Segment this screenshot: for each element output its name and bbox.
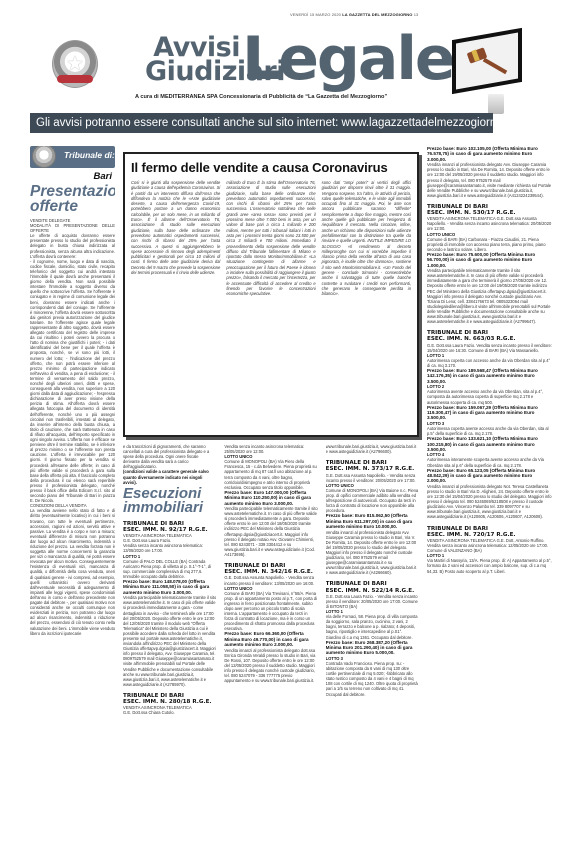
dateline: VENERDÌ 15 MARZO 2020 LA GAZZETTA DEL ME… (290, 12, 418, 17)
ad-price: Prezzo base: Euro 148.078,00 (Offerta Mi… (123, 579, 216, 595)
paragraph: - il cognome, nome, luogo e data di nasc… (30, 259, 115, 504)
listings-column-3: www.tribunale.bari.giustizia.it, www.giu… (326, 444, 419, 834)
masthead: ★ Avvisi Giudiziari Legale A cura di MED… (30, 28, 550, 106)
masthead-title-avvisi: Avvisi Giudiziari (145, 36, 240, 84)
listings-column-2: Vendita senza incanto asincrona telemati… (224, 444, 317, 834)
ad-details: Vendita innanzi al professionista delega… (326, 530, 419, 576)
ad-line: Vendita senza incanto asincrona telemati… (224, 444, 317, 454)
ad-line: G.E. Dott.ssa Chiara Cutolo. (123, 710, 216, 715)
listing-ad: TRIBUNALE DI BARI ESEC. IMM. N. 530/17 R… (427, 204, 552, 324)
ad-price: Prezzo base: Euro 66.360,00 (Offerta Min… (224, 631, 317, 647)
ad-details: Vendita partecipabile telematicamente tr… (427, 268, 552, 324)
ad-line: G.E. Dott.ssa Assunta Napoliello. - Vend… (224, 575, 317, 585)
paragraph: La vendita avviene nello stato di fatto … (30, 508, 115, 635)
title-word-giudiziari: Giudiziari (145, 60, 240, 84)
paper-name: LA GAZZETTA DEL MEZZOGIORNO (342, 12, 412, 17)
page-number: 13 (414, 12, 419, 17)
ad-description: Autorimessa coperta con accesso anche da… (427, 358, 552, 368)
ad-description: Autorimessa coperta avente accesso anche… (427, 426, 552, 436)
ad-line: Vendita senza incanto asincrona telemati… (123, 543, 216, 553)
listing-ad: TRIBUNALE DI BARI ESEC. IMM. N. 522/14 R… (326, 581, 419, 696)
ad-description: Comune di MONOPOLI (BA) Via Piero della … (224, 459, 317, 490)
listing-ad: TRIBUNALE DI BARI ESEC. IMM. N. 92/17 R.… (123, 521, 216, 687)
listing-ad: TRIBUNALE DI BARI ESEC. IMM. N. 373/17 R… (326, 460, 419, 575)
ad-price: Prezzo base: Euro 159.067,29 (Offerta Mi… (427, 405, 552, 421)
ad-description: Autorimessa interamente scoperta avente … (427, 457, 552, 467)
article-column-2: miliardo di Euro È la stima dell'Osserva… (226, 180, 315, 297)
ad-line: G.E. Dott.ssa Laura Fazio. - Vendita sen… (326, 594, 419, 609)
general-conditions-note: (condizioni valide a carattere generale … (123, 469, 216, 484)
presentazione-body: VENDITE DELEGATE MODALITÀ DI PRESENTAZIO… (30, 218, 115, 636)
feature-article: Il fermo delle vendite a causa Coronavir… (123, 152, 419, 437)
tribunale-label: Tribunale di: (64, 150, 115, 160)
masthead-subtitle: A cura di MEDITERRANEA SPA Concessionari… (135, 94, 387, 100)
ad-case-number: ESEC. IMM. N. 373/17 R.G.E. (326, 466, 419, 472)
ad-line: VENDITA ASINCRONA TELEMATICA G.E. Dott.s… (427, 216, 552, 231)
section-title-presentazione: Presentazione offerte (30, 184, 115, 214)
ad-description: Autorimessa avente accesso anche da via … (427, 389, 552, 404)
ad-price: Prezzo base: Euro 189.568,47 (Offerta Mi… (427, 368, 552, 384)
tribunale-header: Tribunale di: (30, 146, 115, 168)
monitor-gavel-icon (448, 28, 524, 118)
ad-price: Prezzo base: Euro 65.123,05 (Offerta Min… (427, 468, 552, 484)
right-column: Prezzo base: Euro 102.105,00 (Offerta Mi… (427, 146, 552, 836)
ad-case-number: ESEC. IMM. N. 522/14 R.G.E. (326, 588, 419, 594)
heading-modalita: MODALITÀ DI PRESENTAZIONE DELLE OFFERTE (30, 223, 115, 233)
ad-description: Comune di PALO DEL COLLE (BA) Contrada A… (123, 559, 216, 579)
italian-republic-emblem-icon: ★ (52, 40, 98, 88)
ad-details: Vendita innanzi al professionista delega… (427, 484, 552, 520)
ad-price: Prezzo base: Euro 133.621,10 (Offerta Mi… (427, 436, 552, 452)
ad-price: Prezzo base: Euro 102.105,00 (Offerta Mi… (427, 146, 552, 162)
ad-price: Prezzo base: Euro 815.062,50 (Offerta Mi… (326, 513, 419, 529)
ad-details: Vendita partecipabile telematicamente tr… (224, 506, 317, 557)
article-headline: Il fermo delle vendite a causa Coronavir… (131, 160, 411, 175)
left-column: Tribunale di: Bari Presentazione offerte… (30, 146, 115, 826)
tribunale-city: Bari (30, 171, 115, 182)
ad-description: Comune di BARI (BA) Via Trevisani, n°58/… (224, 591, 317, 632)
listing-ad: Vendita senza incanto asincrona telemati… (224, 444, 317, 557)
ad-line: VENDITA ASINCRONA TELEMATICA G.E. Dott. … (427, 538, 552, 553)
website-banner: Gli avvisi potranno essere consultati an… (30, 113, 493, 133)
listings-column-1: e da trascrizioni di pignoramenti, che s… (123, 444, 216, 834)
masthead-title-legale: Legale (242, 28, 454, 90)
ad-description: Via delle Fornaci, 58. Piena prop. di vi… (326, 614, 419, 639)
emblem-small-icon (32, 146, 56, 168)
ad-details: Vendita partecipabile telematicamente tr… (123, 595, 216, 687)
ad-description: Comune di BARI (BA) Carbonara - Piazza C… (427, 237, 552, 252)
paragraph: Le offerte di acquisto dovranno essere p… (30, 233, 115, 258)
listing-ad: TRIBUNALE DI BARI ESEC. IMM. N. 342/16 R… (224, 563, 317, 683)
listings-area: e da trascrizioni di pignoramenti, che s… (123, 444, 419, 834)
ad-details: Vendita innanzi al professionista delega… (427, 162, 552, 198)
ad-description: Via Martiri di Nassyria, 13/A. Piena pro… (427, 558, 552, 573)
date-text: VENERDÌ 15 MARZO 2020 (290, 12, 341, 17)
ad-price: Prezzo base: Euro 75.600,00 (Offerta Min… (427, 252, 552, 268)
star-icon: ★ (66, 51, 84, 76)
ad-line: www.tribunale.bari.giustizia.it, www.giu… (326, 444, 419, 454)
ad-description: Contrada Vado Francioso. Piena prop. su:… (326, 661, 419, 697)
ad-details: Vendita innanzi al professionista delega… (224, 648, 317, 684)
ribbon-icon (57, 75, 93, 83)
ad-line: G.E. Dott.ssa Assunta Napoliello. - Vend… (326, 473, 419, 483)
listing-ad: TRIBUNALE DI BARI ESEC. IMM. N. 663/03 R… (427, 330, 552, 519)
monitor-stand (488, 94, 504, 114)
listing-ad: TRIBUNALE DI BARI ESEC. IMM. N. 720/17 R… (427, 526, 552, 574)
ad-description: Comune di MONOPOLI (BA) Via Baione n.c. … (326, 488, 419, 513)
section-title-esecuzioni: Esecuzioni immobiliari (123, 487, 216, 515)
ad-price: Prezzo base: Euro 147.000,00 (Offerta Mi… (224, 490, 317, 506)
ad-price: Prezzo base: Euro 268.387,20 (Offerta Mi… (326, 640, 419, 656)
paragraph: e da trascrizioni di pignoramenti, che s… (123, 444, 216, 469)
article-column-1: Così si è giunti alla sospensione delle … (131, 180, 220, 297)
listing-ad: TRIBUNALE DI BARI ESEC. IMM. N. 280/18 R… (123, 693, 216, 716)
ad-line: G.E. Dott.ssa Laura Fazio. Vendita senza… (427, 343, 552, 353)
article-column-3: sono dati "ampi poteri" ai vertici degli… (322, 180, 411, 297)
